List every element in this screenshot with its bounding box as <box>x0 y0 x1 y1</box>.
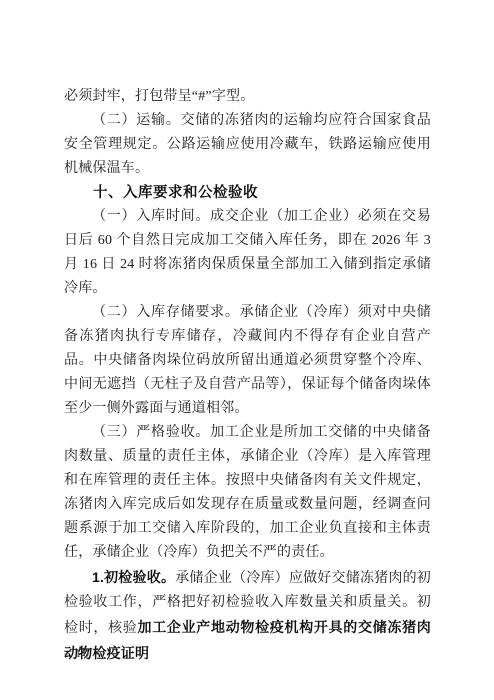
document-page: 必须封牢，打包带呈“#”字型。 （二）运输。交储的冻猪肉的运输均应符合国家食品安… <box>0 0 494 700</box>
paragraph-strict-acceptance: （三）严格验收。加工企业是所加工交储的中央储备肉数量、质量的责任主体，承储企业（… <box>64 421 431 565</box>
paragraph-warehousing-time: （一）入库时间。成交企业（加工企业）必须在交易日后 60 个自然日完成加工交储入… <box>64 205 431 301</box>
paragraph-transport: （二）运输。交储的冻猪肉的运输均应符合国家食品安全管理规定。公路运输应使用冷藏车… <box>64 109 431 181</box>
page-number: - 10 - <box>64 645 102 661</box>
paragraph-packing-continued: 必须封牢，打包带呈“#”字型。 <box>64 85 431 109</box>
paragraph-initial-inspection: 1.初检验收。承储企业（冷库）应做好交储冻猪肉的初检验收工作，严格把好初检验收入… <box>64 565 431 667</box>
text-run-initial-inspection-title: 1.初检验收。 <box>92 569 175 585</box>
document-body: 必须封牢，打包带呈“#”字型。 （二）运输。交储的冻猪肉的运输均应符合国家食品安… <box>64 85 431 667</box>
paragraph-storage-requirements: （二）入库存储要求。承储企业（冷库）须对中央储备冻猪肉执行专库储存，冷藏间内不得… <box>64 301 431 421</box>
section-heading-warehousing-requirements: 十、入库要求和公检验收 <box>64 181 431 205</box>
